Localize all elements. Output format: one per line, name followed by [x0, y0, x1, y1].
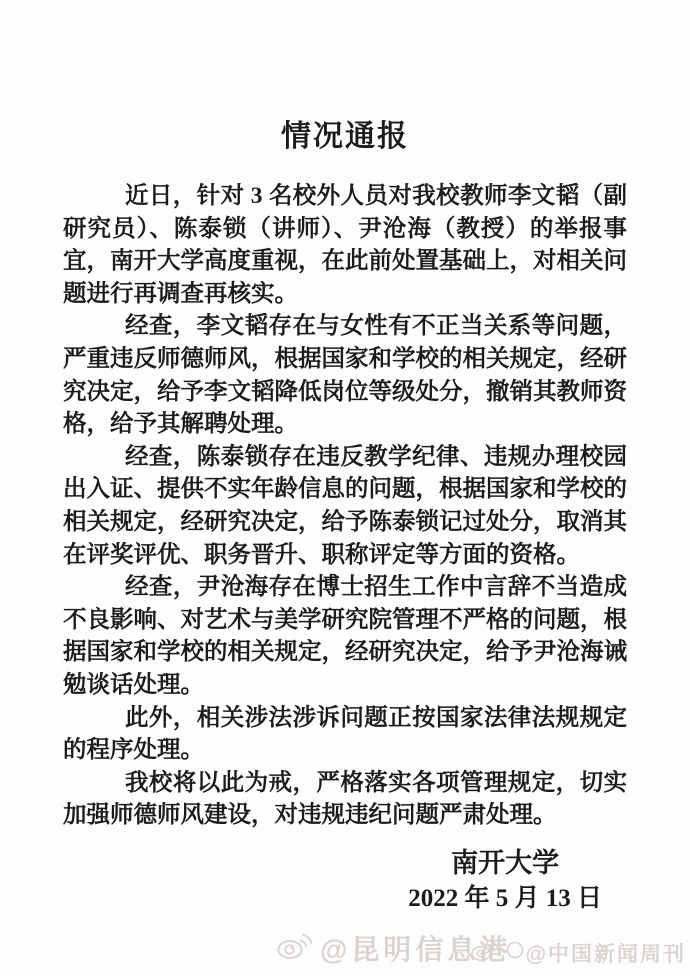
notice-body: 近日，针对 3 名校外人员对我校教师李文韬（副研究员）、陈泰锁（讲师）、尹沧海（… — [0, 180, 690, 832]
weibo-icon — [470, 938, 500, 968]
weibo-icon — [276, 930, 314, 967]
notice-paragraph: 我校将以此为戒，严格落实各项管理规定，切实加强师德师风建设，对违规违纪问题严肃处… — [63, 767, 627, 832]
notice-paragraph: 经查，李文韬存在与女性有不正当关系等问题，严重违反师德师风，根据国家和学校的相关… — [63, 310, 627, 440]
notice-paragraph: 经查，陈泰锁存在违反教学纪律、违规办理校园出入证、提供不实年龄信息的问题，根据国… — [63, 441, 627, 571]
watermark-right: @中国新闻周刊 — [470, 938, 686, 968]
notice-paragraph: 此外，相关涉法涉诉问题正按国家法律法规规定的程序处理。 — [63, 702, 627, 767]
signature-org: 南开大学 — [451, 846, 559, 880]
signature-block: 南开大学 2022 年 5 月 13 日 — [408, 846, 602, 916]
notice-paragraph: 近日，针对 3 名校外人员对我校教师李文韬（副研究员）、陈泰锁（讲师）、尹沧海（… — [63, 180, 627, 310]
china-newsweek-emblem-icon — [506, 941, 524, 965]
watermark-right-handle: @中国新闻周刊 — [526, 938, 686, 968]
notice-title: 情况通报 — [0, 118, 690, 156]
notice-document: 情况通报 近日，针对 3 名校外人员对我校教师李文韬（副研究员）、陈泰锁（讲师）… — [0, 0, 690, 976]
signature-date: 2022 年 5 月 13 日 — [408, 882, 602, 916]
notice-paragraph: 经查，尹沧海存在博士招生工作中言辞不当造成不良影响、对艺术与美学研究院管理不严格… — [63, 571, 627, 701]
